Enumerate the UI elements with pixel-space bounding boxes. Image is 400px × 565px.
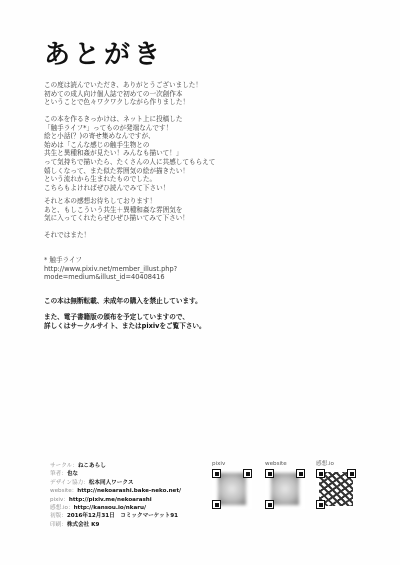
- qr-kansou: 感想.io: [316, 460, 358, 509]
- colophon-kansou: 感想.io：http://kansou.io/nkaru/: [50, 504, 181, 512]
- paragraph-request: それと本の感想お待ちしております！ あと、もしこういう共生＋異種和姦な雰囲気を …: [44, 197, 189, 223]
- notice-ebook-line1: また、電子書籍版の頒布を予定していますので、: [44, 313, 189, 322]
- qr-code-icon: [212, 469, 252, 509]
- footnote-url-line1[interactable]: http://www.pixiv.net/member_illust.php?: [44, 265, 177, 274]
- footnote: * 触手ライフ http://www.pixiv.net/member_illu…: [44, 256, 177, 282]
- notice-ebook-line2: 詳しくはサークルサイト、またはpixivをご覧下さい。: [44, 322, 206, 331]
- paragraph-thanks: この度は読んでいただき、ありがとうございました！ 初めての成人向け個人誌で初めて…: [44, 81, 202, 107]
- colophon-design: デザイン協力：松本同人ワークス: [50, 479, 181, 487]
- paragraph-closing: それではまた！: [44, 231, 90, 240]
- notice-no-reprint: この本は無断転載、未成年の購入を禁止しています。: [44, 297, 202, 306]
- qr-pixiv-label: pixiv: [212, 460, 254, 469]
- qr-kansou-label: 感想.io: [316, 460, 358, 469]
- colophon-website: website：http://nekoarashi.bake-neko.net/: [50, 487, 181, 495]
- colophon-pixiv: pixiv：http://pixiv.me/nekoarashi: [50, 496, 181, 504]
- qr-pixiv: pixiv: [212, 460, 254, 509]
- qr-website-label: website: [265, 460, 307, 469]
- paragraph-origin: この本を作るきっかけは、ネット上に投稿した 「触手ライフ*」ってものが発端なんで…: [44, 115, 215, 192]
- colophon: サークル：ねこあらし 筆者：也な デザイン協力：松本同人ワークス website…: [50, 462, 181, 529]
- colophon-first-edition: 初版：2016年12月31日 コミックマーケット91: [50, 512, 181, 520]
- qr-code-icon: [316, 469, 356, 509]
- qr-website: website: [265, 460, 307, 509]
- footnote-label: * 触手ライフ: [44, 256, 177, 265]
- afterword-page: あとがき この度は読んでいただき、ありがとうございました！ 初めての成人向け個人…: [0, 0, 400, 565]
- colophon-author: 筆者：也な: [50, 470, 181, 478]
- footnote-url-line2[interactable]: mode=medium&illust_id=40408416: [44, 273, 177, 282]
- qr-code-icon: [265, 469, 305, 509]
- colophon-printer: 印刷：株式会社 K9: [50, 521, 181, 529]
- colophon-circle: サークル：ねこあらし: [50, 462, 181, 470]
- page-title: あとがき: [44, 34, 164, 71]
